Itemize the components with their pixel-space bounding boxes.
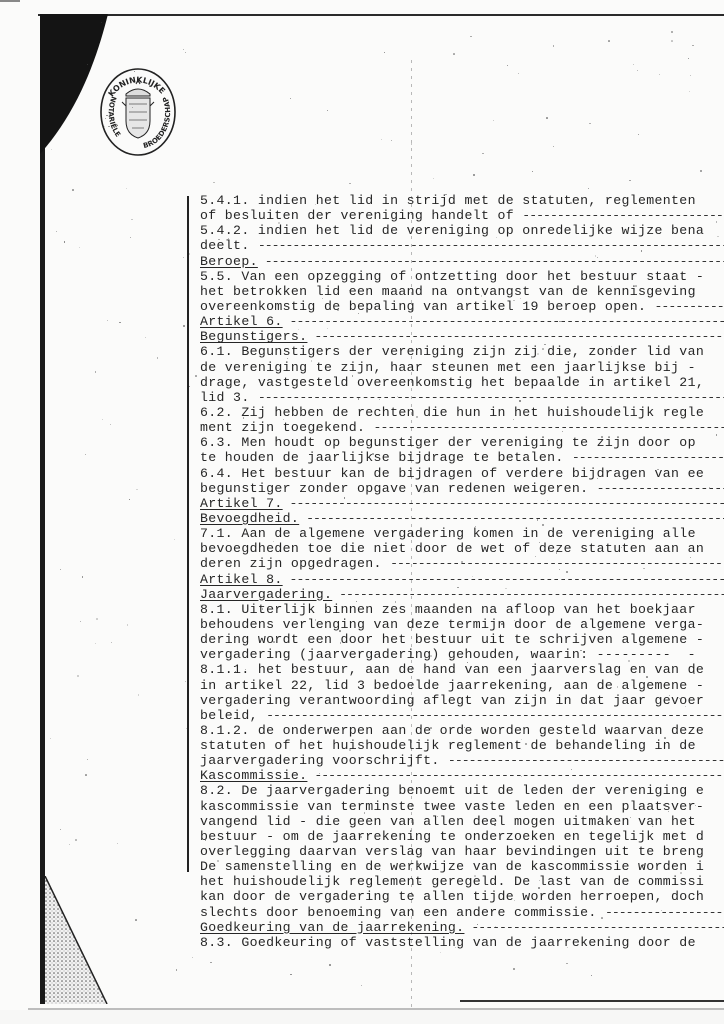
line-text: 6.3. Men houdt op begunstiger der vereni…: [200, 435, 696, 450]
line-filler-dashes: ----------------------------------------…: [374, 420, 724, 435]
line-text: Artikel 6.: [200, 314, 283, 329]
text-line: kascommissie van terminste twee vaste le…: [200, 799, 724, 814]
line-text: 7.1. Aan de algemene vergadering komen i…: [200, 526, 696, 541]
line-filler-dashes: ----------------------------------------…: [307, 768, 724, 783]
line-text: de vereniging te zijn, haar steunen met …: [200, 360, 696, 375]
line-filler-dashes: ----------------------------------------…: [332, 587, 724, 602]
text-line: lid 3. ---------------------------------…: [200, 390, 724, 405]
line-text: behoudens verlenging van deze termijn do…: [200, 617, 704, 632]
section-heading: Artikel 7. -----------------------------…: [200, 496, 724, 511]
line-text: 6.2. Zij hebben de rechten die hun in he…: [200, 405, 704, 420]
text-line: vergadering verantwoording aflegt van zi…: [200, 693, 724, 708]
document-page: KONINKLIJKE NOTARIËLE BROEDERSCHAP 5.4.1…: [0, 0, 724, 1010]
line-text: het huishoudelijk reglement geregeld. De…: [200, 874, 704, 889]
text-line: kan door de vergadering te allen tijde w…: [200, 889, 724, 904]
line-filler-dashes: ----------------------------------------…: [299, 511, 724, 526]
line-text: begunstiger zonder opgave van redenen we…: [200, 481, 597, 496]
section-heading: Artikel 8. -----------------------------…: [200, 572, 724, 587]
line-filler-dashes: ----------------------------------------…: [464, 920, 724, 935]
line-text: overeenkomstig de bepaling van artikel 1…: [200, 299, 655, 314]
line-text: het betrokken lid een maand na ontvangst…: [200, 284, 696, 299]
line-filler-dashes: ----------------------------------------…: [258, 390, 724, 405]
line-text: kascommissie van terminste twee vaste le…: [200, 799, 704, 814]
page-frame-left: [40, 14, 45, 1004]
text-line: 5.5. Van een opzegging of ontzetting doo…: [200, 269, 724, 284]
text-line: jaarvergadering voorschrijft. ----------…: [200, 753, 724, 768]
line-text: vergadering verantwoording aflegt van zi…: [200, 693, 704, 708]
text-line: het betrokken lid een maand na ontvangst…: [200, 284, 724, 299]
line-filler-dashes: ----------------------------------------…: [307, 329, 724, 344]
text-line: 8.1. Uiterlijk binnen zes maanden na afl…: [200, 602, 724, 617]
text-line: overlegging daarvan verslag van haar bev…: [200, 844, 724, 859]
text-line: bevoegdheden toe die niet door de wet of…: [200, 541, 724, 556]
text-line: 6.4. Het bestuur kan de bijdragen of ver…: [200, 466, 724, 481]
text-line: 8.3. Goedkeuring of vaststelling van de …: [200, 935, 724, 950]
section-heading: Jaarvergadering. -----------------------…: [200, 587, 724, 602]
text-line: in artikel 22, lid 3 bedoelde jaarrekeni…: [200, 678, 724, 693]
section-heading: Kascommissie. --------------------------…: [200, 768, 724, 783]
text-line: te houden de jaarlijkse bijdrage te beta…: [200, 450, 724, 465]
line-text: Kascommissie.: [200, 768, 307, 783]
line-filler-dashes: ----------------------------------------…: [605, 905, 724, 920]
line-filler-dashes: ----------------------------------------…: [448, 753, 724, 768]
line-text: 6.1. Begunstigers der vereniging zijn zi…: [200, 344, 704, 359]
text-line: De samenstelling en de werkwijze van de …: [200, 859, 724, 874]
section-heading: Goedkeuring van de jaarrekening. -------…: [200, 920, 724, 935]
text-line: overeenkomstig de bepaling van artikel 1…: [200, 299, 724, 314]
text-line: 5.4.2. indien het lid de vereniging op o…: [200, 223, 724, 238]
line-text: jaarvergadering voorschrijft.: [200, 753, 448, 768]
line-text: dering wordt een door het bestuur uit te…: [200, 632, 704, 647]
text-line: beleid, --------------------------------…: [200, 708, 724, 723]
text-line: drage, vastgesteld overeenkomstig het be…: [200, 375, 724, 390]
line-filler-dashes: ----------------------------------------…: [597, 481, 724, 496]
line-text: kan door de vergadering te allen tijde w…: [200, 889, 704, 904]
text-line: behoudens verlenging van deze termijn do…: [200, 617, 724, 632]
line-text: slechts door benoeming van een andere co…: [200, 905, 605, 920]
line-text: of besluiten der vereniging handelt of: [200, 208, 522, 223]
line-filler-dashes: ----------------------------------------…: [390, 556, 724, 571]
line-text: lid 3.: [200, 390, 258, 405]
line-text: De samenstelling en de werkwijze van de …: [200, 859, 704, 874]
section-heading: Artikel 6. -----------------------------…: [200, 314, 724, 329]
line-text: 5.5. Van een opzegging of ontzetting doo…: [200, 269, 704, 284]
line-filler-dashes: ----------------------------------------…: [283, 572, 724, 587]
text-line: 6.2. Zij hebben de rechten die hun in he…: [200, 405, 724, 420]
line-text: 8.1.2. de onderwerpen aan de orde worden…: [200, 723, 704, 738]
line-text: drage, vastgesteld overeenkomstig het be…: [200, 375, 704, 390]
line-text: in artikel 22, lid 3 bedoelde jaarrekeni…: [200, 678, 704, 693]
text-line: 7.1. Aan de algemene vergadering komen i…: [200, 526, 724, 541]
line-text: beleid,: [200, 708, 266, 723]
line-text: Beroep.: [200, 254, 258, 269]
text-line: 8.1.2. de onderwerpen aan de orde worden…: [200, 723, 724, 738]
line-text: vergadering (jaarvergadering) gehouden, …: [200, 647, 696, 662]
margin-rule: [187, 196, 189, 872]
notary-seal: KONINKLIJKE NOTARIËLE BROEDERSCHAP: [98, 66, 178, 158]
text-line: of besluiten der vereniging handelt of -…: [200, 208, 724, 223]
section-heading: Beroep. --------------------------------…: [200, 254, 724, 269]
line-text: Jaarvergadering.: [200, 587, 332, 602]
text-line: 8.2. De jaarvergadering benoemt uit de l…: [200, 783, 724, 798]
line-text: Artikel 7.: [200, 496, 283, 511]
line-text: overlegging daarvan verslag van haar bev…: [200, 844, 704, 859]
line-text: bestuur - om de jaarrekening te onderzoe…: [200, 829, 704, 844]
text-line: deelt. ---------------------------------…: [200, 238, 724, 253]
line-text: vangend lid - die geen van allen deel mo…: [200, 814, 696, 829]
line-text: Bevoegdheid.: [200, 511, 299, 526]
line-text: Goedkeuring van de jaarrekening.: [200, 920, 464, 935]
text-line: het huishoudelijk reglement geregeld. De…: [200, 874, 724, 889]
line-filler-dashes: ----------------------------------------…: [572, 450, 724, 465]
svg-text:NOTARIËLE: NOTARIËLE: [107, 95, 122, 138]
text-line: de vereniging te zijn, haar steunen met …: [200, 360, 724, 375]
line-text: statuten of het huishoudelijk reglement …: [200, 738, 696, 753]
text-line: begunstiger zonder opgave van redenen we…: [200, 481, 724, 496]
coat-of-arms-icon: [122, 80, 154, 138]
line-filler-dashes: ----------------------------------------…: [655, 299, 724, 314]
page-frame-top: [38, 14, 724, 16]
document-body: 5.4.1. indien het lid in strijd met de s…: [200, 193, 724, 950]
text-line: vangend lid - die geen van allen deel mo…: [200, 814, 724, 829]
line-text: bevoegdheden toe die niet door de wet of…: [200, 541, 704, 556]
line-text: deelt.: [200, 238, 258, 253]
bottom-rule-right: [460, 1000, 724, 1002]
text-line: slechts door benoeming van een andere co…: [200, 905, 724, 920]
line-text: 6.4. Het bestuur kan de bijdragen of ver…: [200, 466, 704, 481]
line-text: 8.1.1. het bestuur, aan de hand van een …: [200, 662, 704, 677]
text-line: statuten of het huishoudelijk reglement …: [200, 738, 724, 753]
text-line: deren zijn opgedragen. -----------------…: [200, 556, 724, 571]
text-line: 6.1. Begunstigers der vereniging zijn zi…: [200, 344, 724, 359]
line-filler-dashes: ----------------------------------------…: [258, 238, 724, 253]
text-line: ment zijn toegekend. -------------------…: [200, 420, 724, 435]
top-edge-rule: [0, 0, 20, 2]
line-filler-dashes: ----------------------------------------…: [522, 208, 724, 223]
section-heading: Bevoegdheid. ---------------------------…: [200, 511, 724, 526]
seal-left-text: NOTARIËLE: [107, 95, 122, 138]
line-text: ment zijn toegekend.: [200, 420, 374, 435]
line-text: Begunstigers.: [200, 329, 307, 344]
text-line: bestuur - om de jaarrekening te onderzoe…: [200, 829, 724, 844]
line-filler-dashes: ----------------------------------------…: [283, 314, 724, 329]
line-text: te houden de jaarlijkse bijdrage te beta…: [200, 450, 572, 465]
line-text: deren zijn opgedragen.: [200, 556, 390, 571]
text-line: dering wordt een door het bestuur uit te…: [200, 632, 724, 647]
text-line: vergadering (jaarvergadering) gehouden, …: [200, 647, 724, 662]
line-filler-dashes: ----------------------------------------…: [266, 708, 724, 723]
section-heading: Begunstigers. --------------------------…: [200, 329, 724, 344]
text-line: 6.3. Men houdt op begunstiger der vereni…: [200, 435, 724, 450]
bottom-edge-rule: [28, 1008, 724, 1010]
line-filler-dashes: ----------------------------------------…: [258, 254, 724, 269]
line-filler-dashes: ----------------------------------------…: [283, 496, 724, 511]
line-text: 8.2. De jaarvergadering benoemt uit de l…: [200, 783, 704, 798]
text-line: 5.4.1. indien het lid in strijd met de s…: [200, 193, 724, 208]
line-text: 8.1. Uiterlijk binnen zes maanden na afl…: [200, 602, 696, 617]
line-text: 5.4.1. indien het lid in strijd met de s…: [200, 193, 696, 208]
line-text: Artikel 8.: [200, 572, 283, 587]
line-text: 8.3. Goedkeuring of vaststelling van de …: [200, 935, 696, 950]
line-text: 5.4.2. indien het lid de vereniging op o…: [200, 223, 704, 238]
corner-ornament-bottom: [45, 876, 115, 1004]
